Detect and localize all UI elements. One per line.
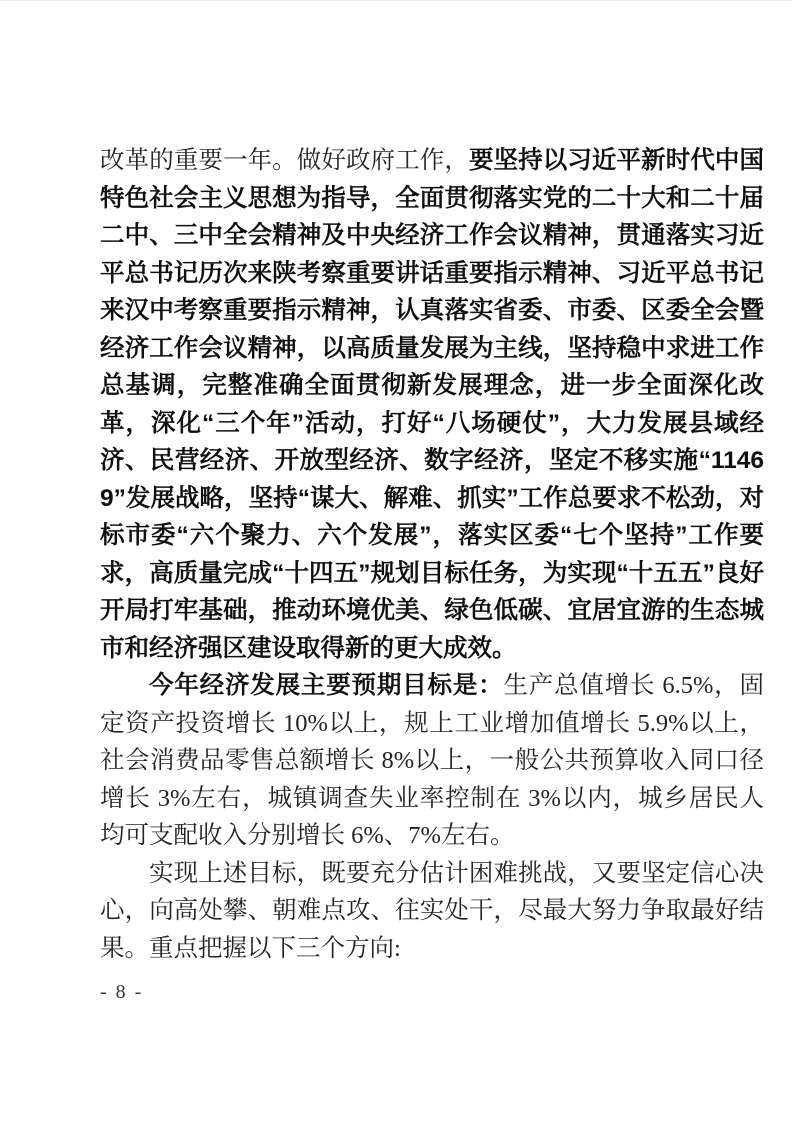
paragraph: 改革的重要一年。做好政府工作，要坚持以习近平新时代中国特色社会主义思想为指导，全… [100, 142, 764, 667]
document-page: 改革的重要一年。做好政府工作，要坚持以习近平新时代中国特色社会主义思想为指导，全… [0, 0, 792, 1121]
page-body-text: 改革的重要一年。做好政府工作，要坚持以习近平新时代中国特色社会主义思想为指导，全… [100, 142, 764, 967]
paragraph: 实现上述目标，既要充分估计困难挑战，又要坚定信心决心，向高处攀、朝难点攻、往实处… [100, 855, 764, 968]
text-run-bold: 今年经济发展主要预期目标是： [149, 672, 503, 699]
paragraph: 今年经济发展主要预期目标是：生产总值增长 6.5%，固定资产投资增长 10%以上… [100, 667, 764, 855]
page-number: - 8 - [100, 979, 143, 1005]
text-run-bold: 要坚持以习近平新时代中国特色社会主义思想为指导，全面贯彻落实党的二十大和二十届二… [100, 147, 764, 662]
text-run: 改革的重要一年。做好政府工作， [100, 147, 469, 174]
text-run: 实现上述目标，既要充分估计困难挑战，又要坚定信心决心，向高处攀、朝难点攻、往实处… [100, 860, 764, 962]
